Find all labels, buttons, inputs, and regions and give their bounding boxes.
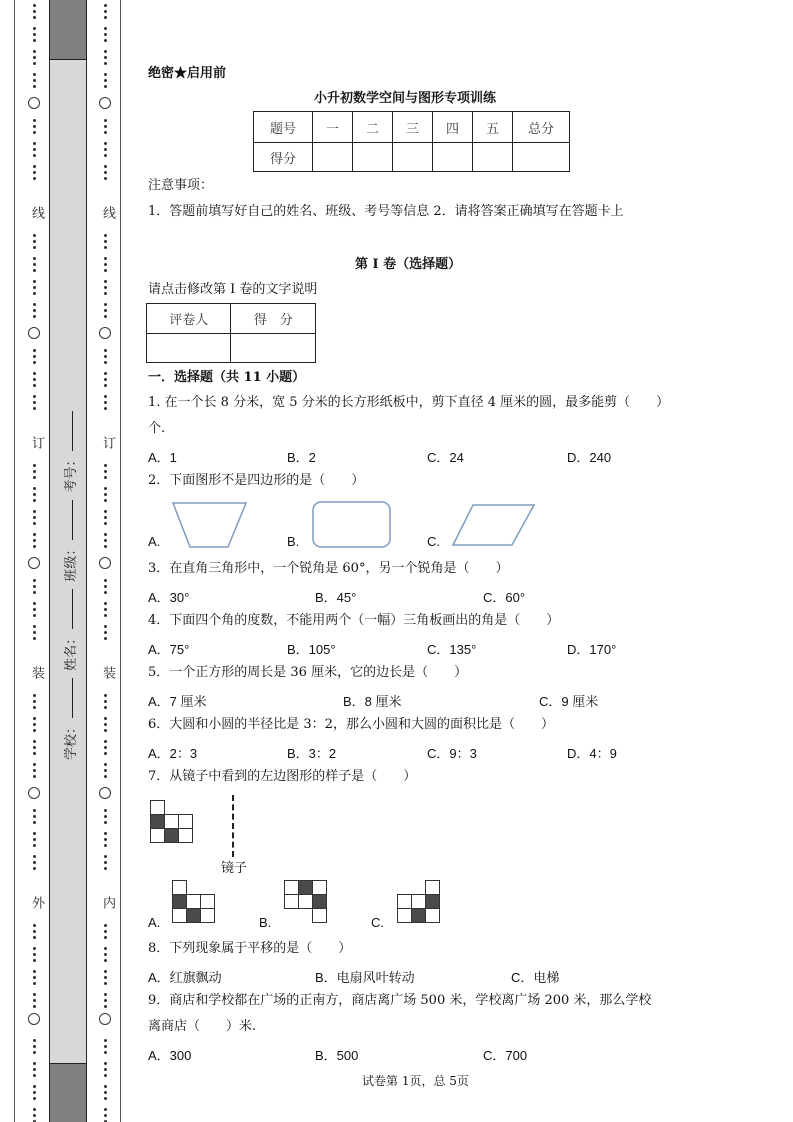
dot-separator: [95, 372, 115, 390]
option-d[interactable]: D．170°: [567, 639, 616, 658]
circle-marker: [28, 327, 40, 339]
dot-separator: [24, 4, 44, 22]
option-a[interactable]: A．30°: [148, 587, 189, 606]
question-text-cont: 个.: [148, 421, 165, 437]
dot-separator: [24, 142, 44, 160]
dot-separator: [24, 694, 44, 712]
option-c[interactable]: C．700: [483, 1045, 527, 1064]
dot-separator: [95, 50, 115, 68]
circle-marker: [28, 557, 40, 569]
dot-separator: [24, 533, 44, 551]
page-footer: 试卷第 1页，总 5页: [362, 1073, 469, 1089]
notes-text: 1．答题前填写好自己的姓名、班级、考号等信息 2．请将答案正确填写在答题卡上: [148, 204, 624, 220]
dot-separator: [24, 395, 44, 413]
circle-marker: [28, 97, 40, 109]
school-blank[interactable]: [70, 678, 73, 718]
rounded-rectangle-shape: [310, 500, 394, 550]
option-b[interactable]: B．105°: [287, 639, 336, 658]
dot-separator: [95, 257, 115, 275]
outer-label-zhuang: 装: [27, 666, 46, 679]
student-info-fields: 学校： 姓名： 班级： 考号：: [60, 408, 79, 760]
dot-separator: [24, 372, 44, 390]
parallelogram-shape: [450, 502, 538, 550]
circle-marker: [99, 327, 111, 339]
inner-border-line: [120, 0, 121, 1122]
score-cell[interactable]: [313, 143, 353, 172]
dot-separator: [24, 602, 44, 620]
score-header-cell: 一: [313, 112, 353, 143]
score-cell[interactable]: [353, 143, 393, 172]
dot-separator: [24, 234, 44, 252]
dot-separator: [24, 1085, 44, 1103]
dot-separator: [24, 487, 44, 505]
score-cell[interactable]: [433, 143, 473, 172]
option-a[interactable]: A．75°: [148, 639, 189, 658]
score-cell[interactable]: [513, 143, 570, 172]
grader-header: 评卷人: [147, 304, 231, 334]
score-header-cell: 二: [353, 112, 393, 143]
info-strip-bottom-block: [49, 1063, 87, 1122]
option-c[interactable]: C．电梯: [511, 967, 559, 986]
exam-title: 小升初数学空间与图形专项训练: [314, 91, 496, 107]
dot-separator: [95, 165, 115, 183]
notes-title: 注意事项：: [148, 178, 213, 194]
dot-separator: [24, 855, 44, 873]
option-b[interactable]: B.: [287, 534, 299, 549]
dot-separator: [95, 855, 115, 873]
inner-label-nei: 内: [98, 896, 117, 909]
outer-label-ding: 订: [27, 436, 46, 449]
option-c[interactable]: C．9：3: [427, 743, 477, 762]
score-header-cell: 题号: [254, 112, 313, 143]
option-a[interactable]: A．红旗飘动: [148, 967, 222, 986]
dot-separator: [24, 510, 44, 528]
dot-separator: [95, 280, 115, 298]
dot-separator: [95, 993, 115, 1011]
dot-separator: [95, 119, 115, 137]
dot-separator: [24, 1039, 44, 1057]
outer-border-line: [14, 0, 15, 1122]
dot-separator: [24, 464, 44, 482]
option-c[interactable]: C．24: [427, 447, 464, 466]
question-text: 5．一个正方形的周长是 36 厘米，它的边长是（ ）: [148, 665, 467, 681]
option-a[interactable]: A．300: [148, 1045, 191, 1064]
dot-separator: [24, 73, 44, 91]
question-text: 3．在直角三角形中，一个锐角是 60°，另一个锐角是（ ）: [148, 561, 508, 577]
school-label: 学校：: [64, 721, 79, 760]
grader-table: 评卷人 得 分: [146, 303, 316, 363]
dot-separator: [95, 602, 115, 620]
option-b[interactable]: B．3：2: [287, 743, 336, 762]
dot-separator: [95, 73, 115, 91]
dot-separator: [95, 510, 115, 528]
score-header-cell: 四: [433, 112, 473, 143]
dot-separator: [95, 303, 115, 321]
option-a[interactable]: A.: [148, 915, 160, 930]
name-blank[interactable]: [70, 589, 73, 629]
score-header-cell: 总分: [513, 112, 570, 143]
option-b[interactable]: B．2: [287, 447, 316, 466]
option-a[interactable]: A.: [148, 534, 160, 549]
outer-label-wai: 外: [27, 896, 46, 909]
dot-separator: [24, 165, 44, 183]
name-label: 姓名：: [64, 632, 79, 671]
dot-separator: [95, 487, 115, 505]
dot-separator: [24, 119, 44, 137]
score-header-cell: 三: [393, 112, 433, 143]
dot-separator: [24, 947, 44, 965]
option-d[interactable]: D．4：9: [567, 743, 617, 762]
dot-separator: [95, 1062, 115, 1080]
dot-separator: [95, 1085, 115, 1103]
dot-separator: [95, 763, 115, 781]
circle-marker: [99, 1013, 111, 1025]
outer-label-xian: 线: [27, 206, 46, 219]
option-b[interactable]: B．电扇风叶转动: [315, 967, 415, 986]
dot-separator: [24, 1062, 44, 1080]
dot-separator: [24, 717, 44, 735]
class-label: 班级：: [64, 543, 79, 582]
option-c[interactable]: C.: [371, 915, 384, 930]
dot-separator: [95, 142, 115, 160]
info-strip-top-block: [49, 0, 87, 60]
dot-separator: [95, 1039, 115, 1057]
dot-separator: [24, 625, 44, 643]
option-c[interactable]: C．9 厘米: [539, 691, 598, 710]
score-cell[interactable]: [231, 334, 316, 363]
question-text: 6．大圆和小圆的半径比是 3：2，那么小圆和大圆的面积比是（ ）: [148, 717, 554, 733]
dot-separator: [24, 809, 44, 827]
dot-separator: [24, 1108, 44, 1122]
dot-separator: [24, 579, 44, 597]
question-text: 1. 在一个长 8 分米，宽 5 分米的长方形纸板中，剪下直径 4 厘米的圆，最…: [148, 395, 669, 411]
dot-separator: [24, 280, 44, 298]
option-b[interactable]: B．45°: [315, 587, 356, 606]
dot-separator: [24, 50, 44, 68]
secret-mark: 绝密★启用前: [148, 66, 226, 82]
dot-separator: [95, 694, 115, 712]
dot-separator: [95, 832, 115, 850]
dot-separator: [95, 27, 115, 45]
score-header-cell: 五: [473, 112, 513, 143]
score-cell[interactable]: [473, 143, 513, 172]
dot-separator: [95, 947, 115, 965]
circle-marker: [99, 97, 111, 109]
score-header: 得 分: [231, 304, 316, 334]
dot-separator: [95, 464, 115, 482]
dot-separator: [24, 303, 44, 321]
option-b[interactable]: B.: [259, 915, 271, 930]
score-table: 题号 一 二 三 四 五 总分 得分: [253, 111, 570, 172]
option-d[interactable]: D．240: [567, 447, 611, 466]
option-c[interactable]: C．135°: [427, 639, 476, 658]
dot-separator: [95, 4, 115, 22]
section-title: 第 I 卷（选择题）: [355, 257, 461, 273]
dot-separator: [95, 349, 115, 367]
section-description[interactable]: 请点击修改第 I 卷的文字说明: [148, 282, 317, 298]
dot-separator: [95, 1108, 115, 1122]
question-text: 7．从镜子中看到的左边图形的样子是（ ）: [148, 769, 416, 785]
dot-separator: [95, 740, 115, 758]
dot-separator: [95, 809, 115, 827]
dot-separator: [95, 234, 115, 252]
mirror-label: 镜子: [221, 857, 247, 876]
option-a[interactable]: A．2：3: [148, 743, 197, 762]
dot-separator: [95, 625, 115, 643]
option-b[interactable]: B．500: [315, 1045, 358, 1064]
option-a[interactable]: A．1: [148, 447, 177, 466]
dot-separator: [24, 993, 44, 1011]
dot-separator: [24, 832, 44, 850]
question-text-cont: 离商店（ ）米.: [148, 1019, 256, 1035]
dot-separator: [24, 27, 44, 45]
circle-marker: [28, 787, 40, 799]
question-text: 8．下列现象属于平移的是（ ）: [148, 941, 351, 957]
dot-separator: [24, 740, 44, 758]
score-cell[interactable]: [393, 143, 433, 172]
option-c[interactable]: C.: [427, 534, 440, 549]
class-blank[interactable]: [70, 500, 73, 540]
dot-separator: [24, 257, 44, 275]
dot-separator: [95, 395, 115, 413]
dot-separator: [95, 533, 115, 551]
exam-number-blank[interactable]: [70, 411, 73, 451]
exam-number-label: 考号：: [64, 454, 79, 493]
question-text: 4．下面四个角的度数，不能用两个（一幅）三角板画出的角是（ ）: [148, 613, 559, 629]
grader-cell[interactable]: [147, 334, 231, 363]
dot-separator: [24, 970, 44, 988]
inner-label-zhuang: 装: [98, 666, 117, 679]
dot-separator: [24, 924, 44, 942]
dot-separator: [95, 924, 115, 942]
part-title: 一．选择题（共 11 小题）: [148, 370, 305, 386]
inner-label-xian: 线: [98, 206, 117, 219]
question-text: 2．下面图形不是四边形的是（ ）: [148, 473, 364, 489]
question-text: 9．商店和学校都在广场的正南方，商店离广场 500 米，学校离广场 200 米，…: [148, 993, 651, 1009]
option-b[interactable]: B．8 厘米: [343, 691, 402, 710]
option-a[interactable]: A．7 厘米: [148, 691, 207, 710]
dot-separator: [24, 349, 44, 367]
circle-marker: [28, 1013, 40, 1025]
circle-marker: [99, 557, 111, 569]
dot-separator: [95, 579, 115, 597]
inner-label-ding: 订: [98, 436, 117, 449]
dot-separator: [95, 970, 115, 988]
mirror-line: [232, 795, 234, 857]
circle-marker: [99, 787, 111, 799]
dot-separator: [95, 717, 115, 735]
score-row-label: 得分: [254, 143, 313, 172]
trapezoid-shape: [170, 500, 250, 550]
option-c[interactable]: C．60°: [483, 587, 525, 606]
dot-separator: [24, 763, 44, 781]
